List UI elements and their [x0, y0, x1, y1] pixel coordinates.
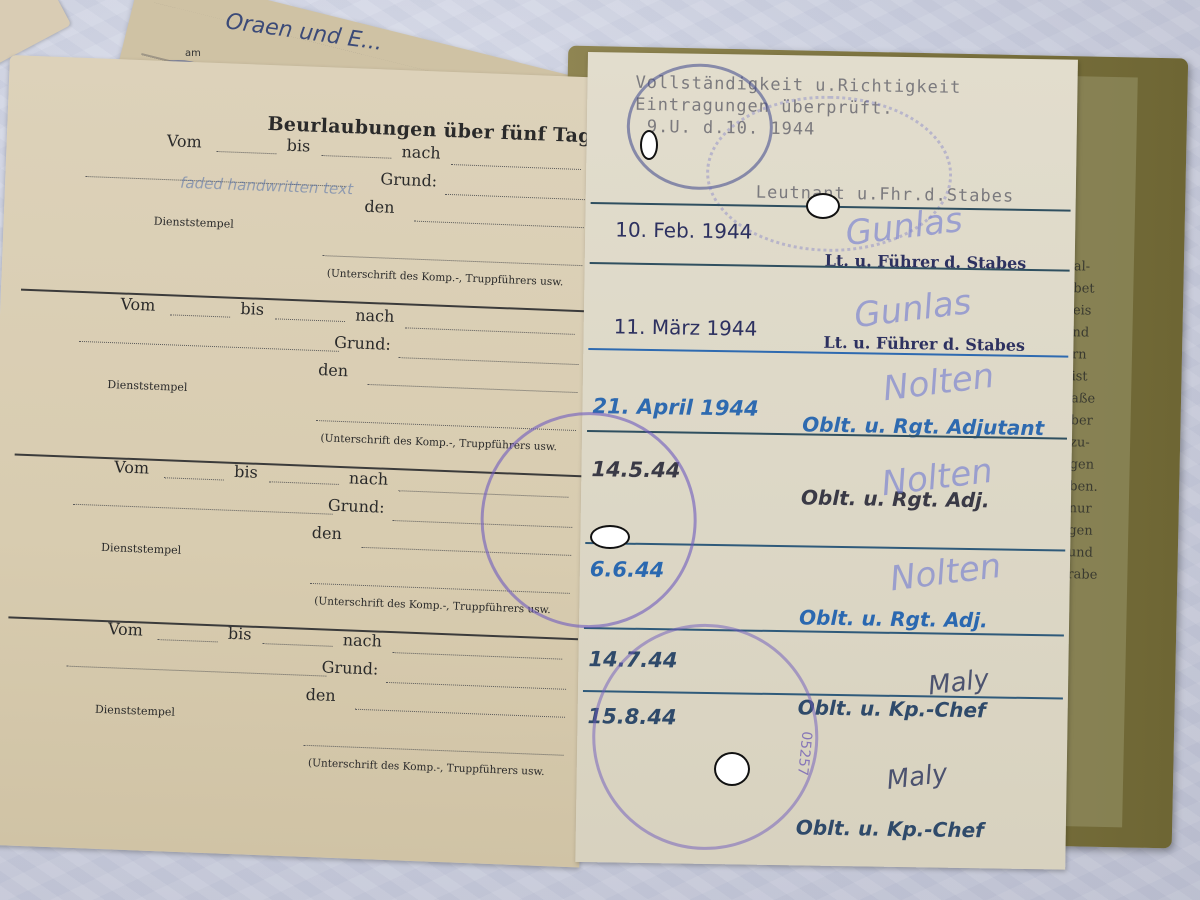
redaction-dot-1 [640, 130, 658, 160]
dienststempel-label: Dienststempel [153, 215, 234, 231]
entry-signature: Nolten [881, 356, 997, 409]
den-label: den [312, 523, 343, 543]
grund-field[interactable] [386, 682, 566, 690]
cover-edge-fragment: al- [1074, 256, 1114, 279]
leave-form-block: VombisnachGrund:denDienststempel(Untersc… [62, 618, 578, 802]
entry-date: 11. März 1944 [614, 314, 758, 340]
cover-edge-fragment: rabe [1067, 564, 1107, 587]
grund-field[interactable] [399, 357, 579, 365]
cover-edge-fragment: ben. [1069, 476, 1109, 499]
vom-label: Vom [108, 619, 144, 639]
signature-caption: (Unterschrift des Komp.-, Truppführers u… [327, 267, 564, 288]
cover-edge-fragment: ber [1070, 410, 1110, 433]
signature-field[interactable] [304, 745, 564, 756]
back-label-am: am [185, 48, 201, 59]
den-label: den [364, 197, 395, 217]
den-label: den [318, 360, 349, 380]
grund-label: Grund: [328, 496, 385, 517]
cover-edge-fragment: zu- [1070, 432, 1110, 455]
dienststempel-label: Dienststempel [107, 378, 188, 394]
cover-edge-fragment: nur [1069, 498, 1109, 521]
cover-edge-fragment: aße [1071, 388, 1111, 411]
cover-edge-fragment: und [1068, 542, 1108, 565]
bis-label: bis [286, 136, 310, 156]
den-date-field[interactable] [414, 221, 584, 229]
grund-field[interactable] [445, 194, 585, 200]
bis-field[interactable] [263, 643, 333, 647]
bis-field[interactable] [275, 318, 345, 322]
vom-label: Vom [120, 294, 156, 314]
stamp-bottom [590, 622, 820, 852]
cover-edge-text: al-beteisndrnistaßeberzu-genben.nurgenun… [1067, 256, 1114, 587]
nach-label: nach [349, 468, 389, 488]
bis-label: bis [240, 299, 264, 319]
den-date-field[interactable] [368, 384, 578, 393]
nach-field[interactable] [405, 327, 575, 335]
grund-label: Grund: [334, 333, 391, 354]
vom-field[interactable] [170, 314, 230, 317]
bis-label: bis [234, 462, 258, 482]
dienststempel-label: Dienststempel [101, 541, 182, 557]
cover-edge-fragment: rn [1072, 344, 1112, 367]
vom-field[interactable] [216, 151, 276, 154]
vom-label: Vom [114, 457, 150, 477]
den-date-field[interactable] [355, 709, 565, 718]
stamp-feldpost [479, 410, 698, 629]
vom-field[interactable] [158, 639, 218, 642]
grund-label: Grund: [380, 169, 437, 190]
grund-label: Grund: [321, 657, 378, 678]
signature-caption: (Unterschrift des Komp.-, Truppführers u… [308, 757, 545, 778]
entry-signature: Nolten [888, 546, 1004, 599]
nach-field[interactable] [392, 652, 562, 660]
cover-edge-fragment: ist [1071, 366, 1111, 389]
cover-edge-fragment: eis [1073, 300, 1113, 323]
dienststempel-label: Dienststempel [95, 703, 176, 719]
den-label: den [305, 685, 336, 705]
bis-field[interactable] [321, 155, 391, 159]
photo-scene: Oraen und E... 1.9. 24.12.44 am al-betei… [0, 0, 1200, 900]
nach-field[interactable] [451, 164, 581, 170]
redaction-dot-3 [590, 525, 630, 549]
nach-label: nach [342, 630, 382, 650]
cover-edge-fragment: gen [1069, 454, 1109, 477]
redaction-dot-4 [714, 752, 750, 786]
destination-field[interactable] [67, 666, 327, 677]
destination-field[interactable] [79, 341, 339, 352]
bis-field[interactable] [269, 481, 339, 485]
signature-field[interactable] [323, 255, 583, 266]
entry-rank: Oblt. u. Kp.-Chef [796, 815, 984, 842]
right-page: Vollständigkeit u.Richtigkeit Eintragung… [575, 52, 1078, 870]
entry-rank: Oblt. u. Rgt. Adj. [799, 605, 988, 632]
entry-signature: Gunlas [852, 282, 973, 336]
cover-edge-fragment: nd [1072, 322, 1112, 345]
vom-label: Vom [166, 131, 202, 151]
nach-label: nach [355, 305, 395, 325]
redaction-dot-2 [806, 193, 840, 219]
cover-edge-fragment: gen [1068, 520, 1108, 543]
entry-date: 10. Feb. 1944 [615, 217, 753, 243]
cover-edge-fragment: bet [1073, 278, 1113, 301]
vom-field[interactable] [164, 477, 224, 480]
entry-rank: Oblt. u. Kp.-Chef [798, 695, 986, 722]
destination-field[interactable] [73, 504, 333, 515]
nach-label: nach [401, 142, 441, 162]
entry-signature: Maly [885, 759, 949, 796]
bis-label: bis [228, 624, 252, 644]
leave-form-block: VombisnachGrund:denDienststempel(Untersc… [81, 128, 597, 312]
